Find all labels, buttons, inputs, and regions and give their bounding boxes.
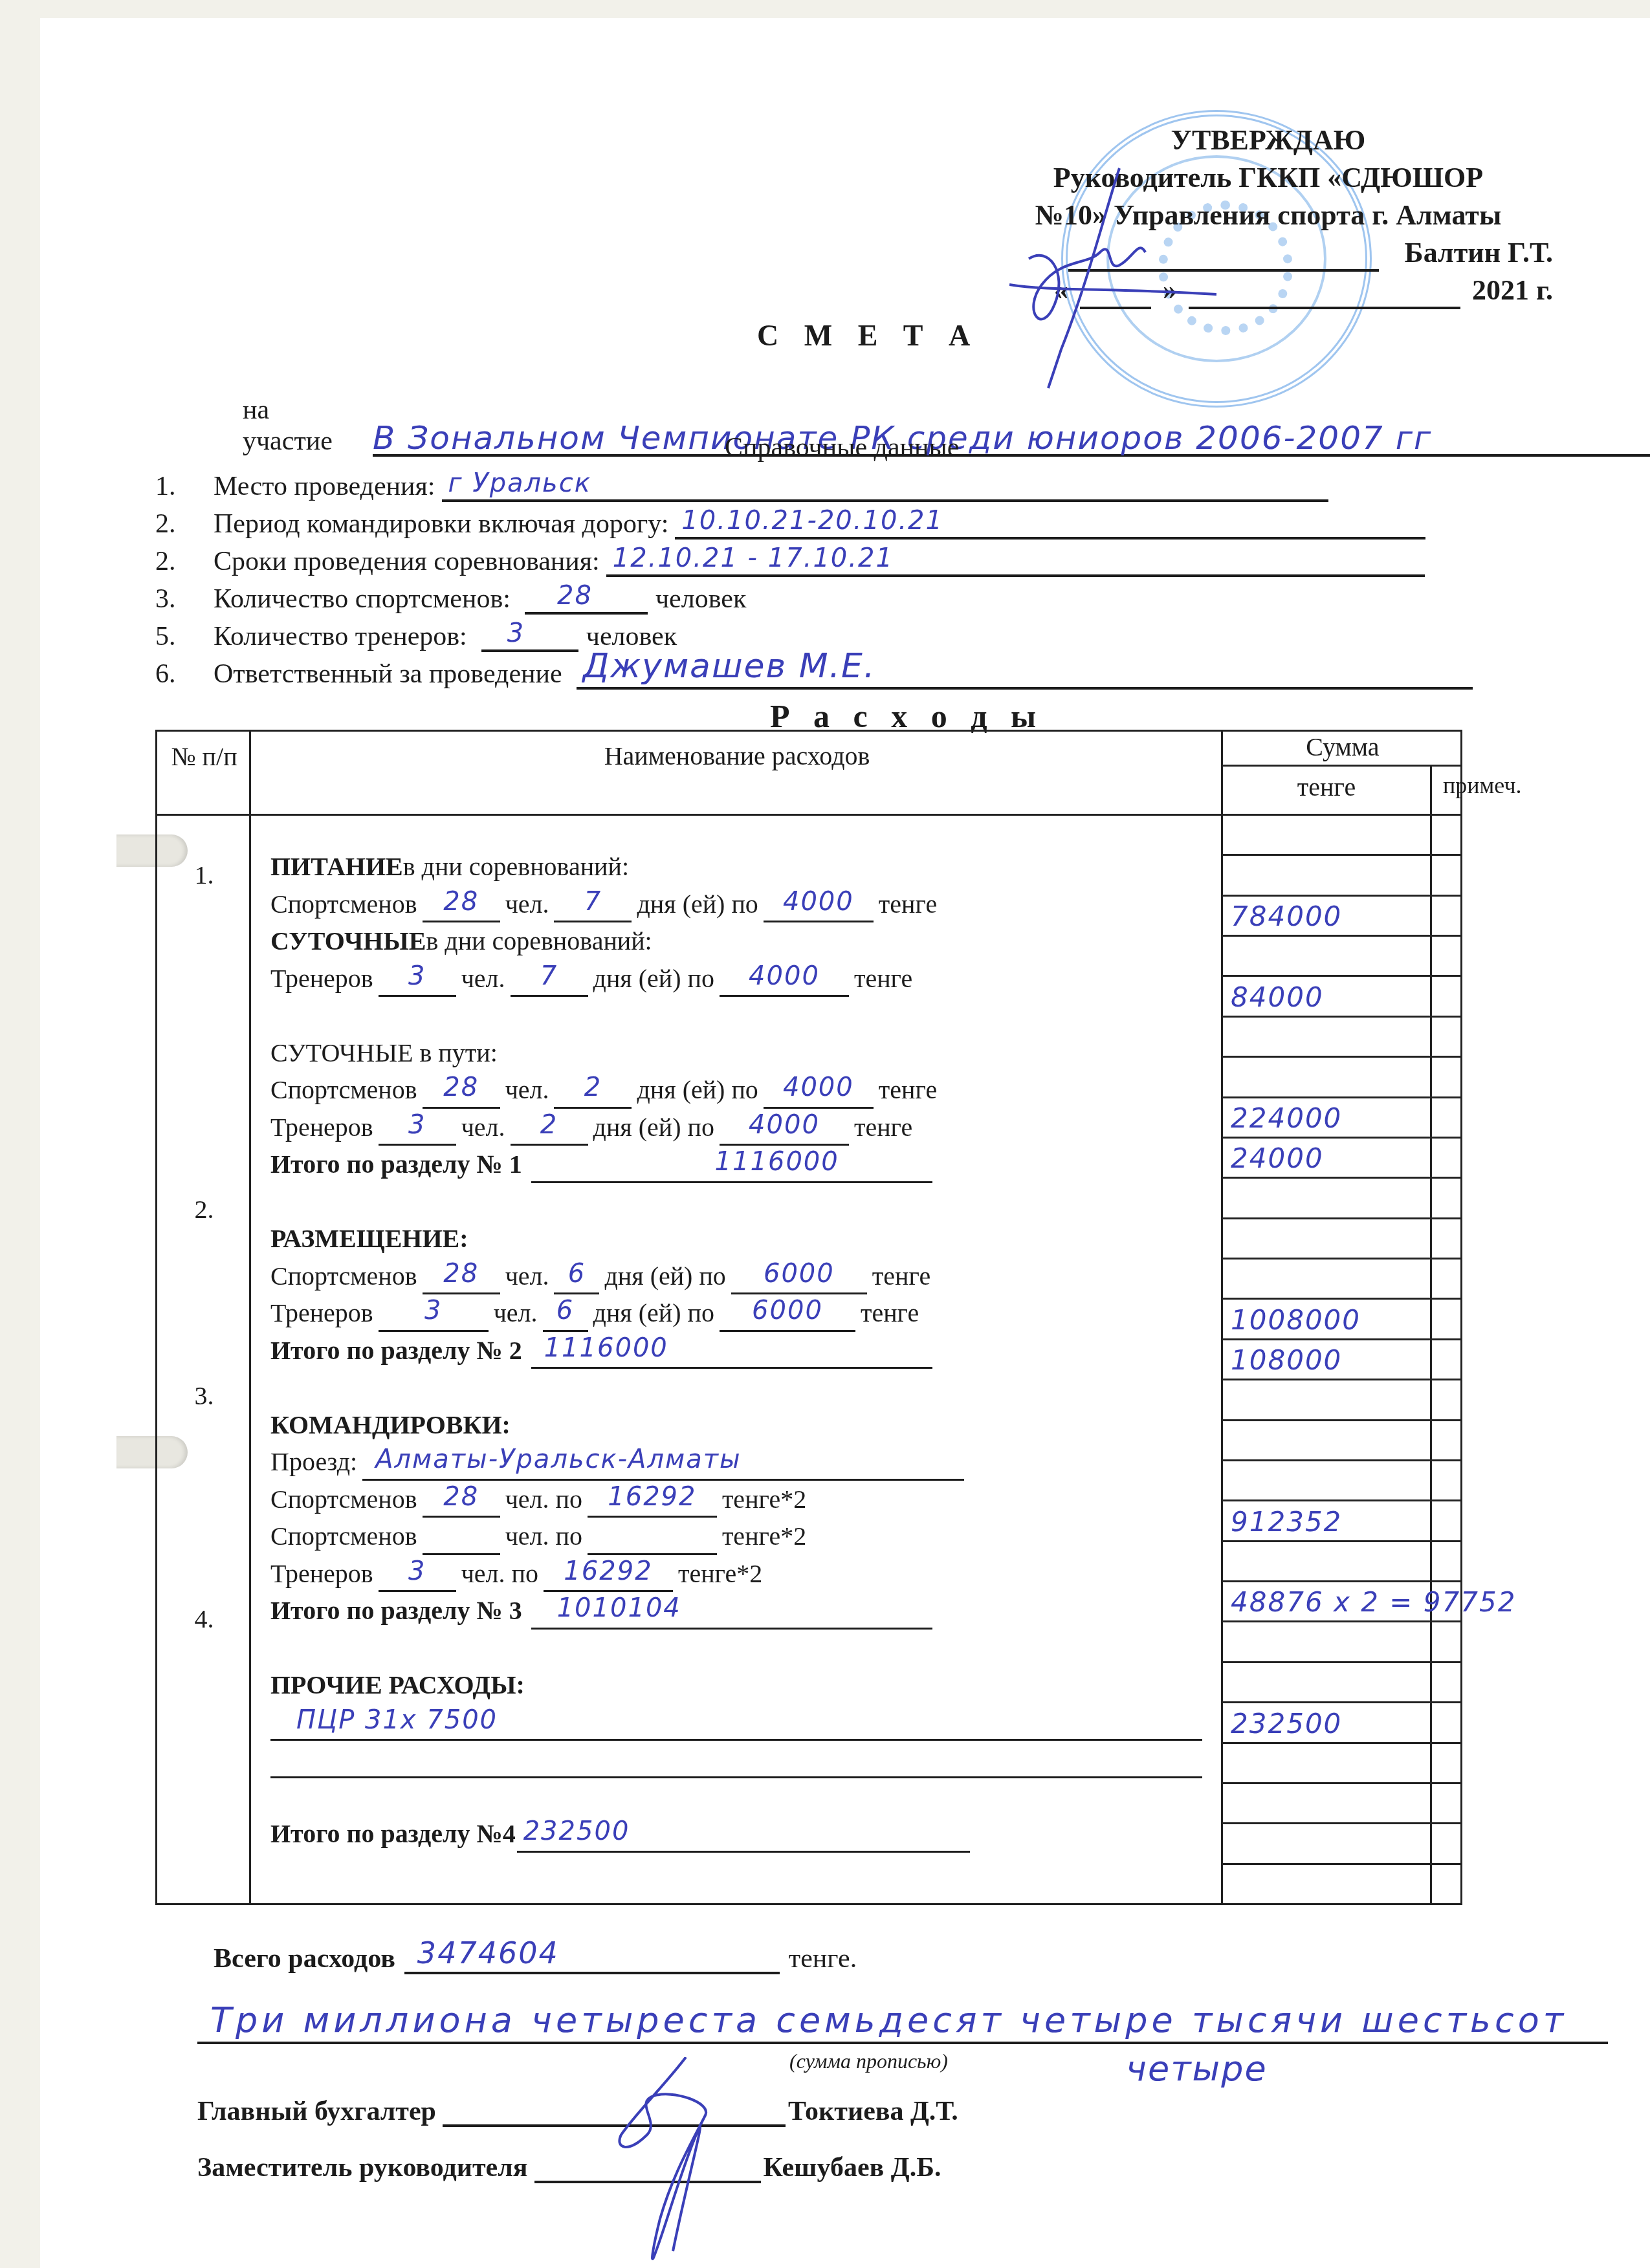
reference-item-competition-dates: 2. Сроки проведения соревнования: 12.10.… xyxy=(155,540,1473,577)
per-diem-travel-athletes-days[interactable]: 2 xyxy=(554,1079,632,1109)
value: ПЦР 31х 7500 xyxy=(270,1702,1202,1739)
by-word: по xyxy=(688,1109,714,1146)
approval-line-1: Руководитель ГККП «СДЮШОР xyxy=(984,159,1553,197)
amount-cell[interactable]: 108000 xyxy=(1223,1340,1462,1380)
value: 4000 xyxy=(720,1107,849,1144)
lodging-coaches-days[interactable]: 6 xyxy=(543,1302,588,1332)
row-number: 4. xyxy=(157,1604,251,1634)
accountant-role: Главный бухгалтер xyxy=(197,2096,436,2127)
value: 4000 xyxy=(764,1069,874,1107)
people-word: чел. xyxy=(505,886,549,923)
other-line-1: ПЦР 31х 7500 xyxy=(270,1704,1202,1741)
line-label: Тренеров xyxy=(270,1109,373,1146)
value: 3 xyxy=(379,1553,456,1591)
travel-athletes-people[interactable]: 28 xyxy=(423,1488,500,1518)
amount-cell[interactable] xyxy=(1223,1744,1462,1784)
by-word: по xyxy=(688,1294,714,1332)
header-sum: Сумма xyxy=(1223,732,1462,767)
travel-athletes-line: Спортсменов 28 чел. по 16292 тенге*2 xyxy=(270,1481,1202,1518)
amount-cell[interactable]: 48876 x 2 = 97752 xyxy=(1223,1582,1462,1622)
line-label: Спортсменов xyxy=(270,1481,417,1518)
section-1-subtotal-line: Итого по разделу № 1 1116000 xyxy=(270,1146,1202,1183)
item-number: 3. xyxy=(155,583,214,615)
value: 2 xyxy=(554,1069,632,1107)
amount-cell[interactable] xyxy=(1223,1018,1462,1058)
row-number: 2. xyxy=(157,1194,251,1225)
row-number: 1. xyxy=(157,860,251,890)
amount-cell[interactable] xyxy=(1223,1622,1462,1663)
lodging-coaches-people[interactable]: 3 xyxy=(379,1302,489,1332)
amount-cell[interactable]: 84000 xyxy=(1223,977,1462,1017)
people-by-word: чел. по xyxy=(505,1518,582,1555)
date-month-blank xyxy=(1189,283,1460,309)
food-title: ПИТАНИЕ в дни соревнований: xyxy=(270,848,1202,886)
accountant-signature-line[interactable] xyxy=(443,2095,786,2127)
total-in-words: Три миллиона четыреста семьдесят четыре … xyxy=(210,2000,1567,2040)
approval-year: 2021 г. xyxy=(1472,272,1553,309)
header-number: № п/п xyxy=(157,741,251,773)
coaches-count-field[interactable]: 3 xyxy=(481,618,578,652)
item-label: Сроки проведения соревнования: xyxy=(214,546,600,577)
coaches-count-value: 3 xyxy=(507,618,525,648)
value: 6000 xyxy=(720,1292,855,1330)
total-label: Всего расходов xyxy=(214,1943,395,1974)
item-number: 6. xyxy=(155,659,214,690)
trip-period-value: 10.10.21-20.10.21 xyxy=(681,506,943,536)
accountant-signoff: Главный бухгалтер Токтиева Д.Т. xyxy=(197,2095,958,2127)
spacer xyxy=(270,1183,1202,1221)
trip-period-field[interactable]: 10.10.21-20.10.21 xyxy=(675,506,1425,540)
responsible-value: Джумашев М.Е. xyxy=(583,647,876,686)
amount-cell[interactable]: 1008000 xyxy=(1223,1300,1462,1340)
per-diem-travel-athletes-rate[interactable]: 4000 xyxy=(764,1079,874,1109)
amount-cell[interactable] xyxy=(1223,1219,1462,1259)
deputy-name: Кешубаев Д.Б. xyxy=(764,2152,941,2183)
deputy-signature-line[interactable] xyxy=(534,2151,761,2183)
amount-value: 24000 xyxy=(1231,1142,1324,1174)
tenge-word: тенге xyxy=(879,886,937,923)
lodging-title-text: РАЗМЕЩЕНИЕ: xyxy=(270,1220,468,1258)
value: 3 xyxy=(379,958,456,996)
amount-cell[interactable] xyxy=(1223,1784,1462,1824)
section-3-subtotal-field[interactable]: 1010104 xyxy=(531,1600,932,1630)
people-word: чел. xyxy=(461,1109,505,1146)
header-separator xyxy=(157,814,1460,816)
reference-item-responsible: 6. Ответственный за проведение Джумашев … xyxy=(155,652,1473,690)
item-suffix: человек xyxy=(655,583,746,615)
amount-value: 232500 xyxy=(1231,1708,1342,1739)
per-diem-travel-athletes-people[interactable]: 28 xyxy=(423,1079,500,1109)
line-label: Спортсменов xyxy=(270,1518,417,1555)
reference-item-athletes: 3. Количество спортсменов: 28 человек xyxy=(155,577,1473,615)
total-in-words-field[interactable]: Три миллиона четыреста семьдесят четыре … xyxy=(197,1992,1608,2044)
item-number: 5. xyxy=(155,621,214,652)
value: 6 xyxy=(543,1292,588,1330)
item-number: 2. xyxy=(155,508,214,540)
amount-cell[interactable] xyxy=(1223,1259,1462,1300)
value: 28 xyxy=(423,1479,500,1516)
per-diem-comp-coaches-people[interactable]: 3 xyxy=(379,967,456,997)
per-diem-travel-athletes-line: Спортсменов 28 чел. 2 дня (ей) по 4000 т… xyxy=(270,1071,1202,1109)
line-label: Спортсменов xyxy=(270,1071,417,1109)
value: 28 xyxy=(423,1256,500,1293)
value: 4000 xyxy=(720,958,849,996)
people-word: чел. xyxy=(461,960,505,998)
deputy-signoff: Заместитель руководителя Кешубаев Д.Б. xyxy=(197,2151,941,2183)
subtotal-label: Итого по разделу № 2 xyxy=(270,1332,522,1369)
amount-value: 1008000 xyxy=(1231,1304,1361,1336)
competition-dates-value: 12.10.21 - 17.10.21 xyxy=(613,543,894,573)
place-field[interactable]: г Уральск xyxy=(442,468,1328,502)
approval-block: УТВЕРЖДАЮ Руководитель ГККП «СДЮШОР №10»… xyxy=(984,122,1553,309)
by-word: по xyxy=(731,1071,758,1109)
other-expense-field-1[interactable]: ПЦР 31х 7500 xyxy=(270,1711,1202,1741)
people-word: чел. xyxy=(505,1071,549,1109)
athletes-count-value: 28 xyxy=(557,581,593,611)
amount-cell[interactable] xyxy=(1223,816,1462,856)
per-diem-travel-title: СУТОЧНЫЕ в пути: xyxy=(270,1034,1202,1072)
spacer xyxy=(270,1630,1202,1667)
item-label: Ответственный за проведение xyxy=(214,659,562,690)
people-by-word: чел. по xyxy=(505,1481,582,1518)
item-number: 1. xyxy=(155,471,214,502)
amount-cell[interactable]: 912352 xyxy=(1223,1501,1462,1542)
other-line-2 xyxy=(270,1741,1202,1778)
line-label: Тренеров xyxy=(270,960,373,998)
value: Алматы-Уральск-Алматы xyxy=(362,1441,964,1479)
approval-heading: УТВЕРЖДАЮ xyxy=(984,122,1553,159)
travel-coaches-line: Тренеров 3 чел. по 16292 тенге*2 xyxy=(270,1555,1202,1593)
per-diem-comp-title: СУТОЧНЫЕ в дни соревнований: xyxy=(270,922,1202,960)
food-athletes-days[interactable]: 7 xyxy=(554,893,632,922)
total-field[interactable]: 3474604 xyxy=(404,1938,780,1974)
amount-cell[interactable]: 24000 xyxy=(1223,1139,1462,1179)
travel-route-field[interactable]: Алматы-Уральск-Алматы xyxy=(362,1451,964,1481)
item-label: Количество спортсменов: xyxy=(214,583,511,615)
competition-dates-field[interactable]: 12.10.21 - 17.10.21 xyxy=(606,543,1425,577)
value: 1116000 xyxy=(531,1330,932,1368)
tenge-x2-word: тенге*2 xyxy=(678,1555,762,1593)
section-4-subtotal-line: Итого по разделу №4 232500 xyxy=(270,1815,1202,1853)
line-label: Спортсменов xyxy=(270,886,417,923)
days-word: дня (ей) xyxy=(593,1109,681,1146)
section-2-subtotal-line: Итого по разделу № 2 1116000 xyxy=(270,1332,1202,1369)
value: 16292 xyxy=(588,1479,717,1516)
amount-value: 224000 xyxy=(1231,1102,1342,1134)
value: 232500 xyxy=(517,1813,970,1851)
approval-signature-line xyxy=(1068,243,1379,272)
value: 2 xyxy=(511,1107,588,1144)
amount-cell[interactable] xyxy=(1223,1179,1462,1219)
item-label: Количество тренеров: xyxy=(214,621,467,652)
section-3-subtotal-line: Итого по разделу № 3 1010104 xyxy=(270,1592,1202,1630)
days-word: дня (ей) xyxy=(593,960,681,998)
per-diem-travel-coaches-rate[interactable]: 4000 xyxy=(720,1116,849,1146)
tenge-word: тенге xyxy=(879,1071,937,1109)
amount-value: 784000 xyxy=(1231,900,1342,932)
per-diem-title-rest: в дни соревнований: xyxy=(426,922,652,960)
header-name: Наименование расходов xyxy=(251,741,1223,771)
value: 28 xyxy=(423,884,500,921)
lodging-athletes-rate[interactable]: 6000 xyxy=(731,1265,867,1294)
people-word: чел. xyxy=(494,1294,538,1332)
travel-athletes-extra-rate[interactable] xyxy=(588,1525,717,1555)
quote-close: » xyxy=(1163,272,1177,309)
tenge-x2-word: тенге*2 xyxy=(722,1481,806,1518)
spacer xyxy=(270,997,1202,1034)
lodging-title: РАЗМЕЩЕНИЕ: xyxy=(270,1220,1202,1258)
amount-value: 48876 x 2 = 97752 xyxy=(1231,1586,1516,1618)
people-by-word: чел. по xyxy=(461,1555,538,1593)
subtotal-label: Итого по разделу №4 xyxy=(270,1815,516,1853)
spacer xyxy=(270,1369,1202,1406)
travel-title-text: КОМАНДИРОВКИ: xyxy=(270,1406,511,1444)
total-currency: тенге. xyxy=(789,1943,857,1974)
amount-value: 912352 xyxy=(1231,1506,1342,1538)
participation-label: на участие xyxy=(243,395,364,457)
reference-heading: Справочные данные xyxy=(725,432,959,463)
participation-value-field[interactable]: В Зональном Чемпионате РК среди юниоров … xyxy=(373,419,1650,457)
value: 3 xyxy=(379,1107,456,1144)
other-expense-field-2[interactable] xyxy=(270,1749,1202,1778)
deputy-role: Заместитель руководителя xyxy=(197,2152,528,2183)
number-column: № п/п 1. 2. 3. 4. xyxy=(157,732,251,1903)
document-title: С М Е Т А xyxy=(757,318,979,353)
per-diem-title-bold: СУТОЧНЫЕ xyxy=(270,922,426,960)
subtotal-label: Итого по разделу № 3 xyxy=(270,1592,522,1630)
per-diem-travel-coaches-line: Тренеров 3 чел. 2 дня (ей) по 4000 тенге xyxy=(270,1109,1202,1146)
food-athletes-rate[interactable]: 4000 xyxy=(764,893,874,922)
tenge-x2-word: тенге*2 xyxy=(722,1518,806,1555)
section-4-subtotal-field[interactable]: 232500 xyxy=(517,1823,970,1853)
amount-cell[interactable]: 232500 xyxy=(1223,1703,1462,1743)
header-note: примеч. xyxy=(1430,772,1462,799)
lodging-athletes-line: Спортсменов 28 чел. 6 дня (ей) по 6000 т… xyxy=(270,1258,1202,1295)
value: 1116000 xyxy=(531,1144,932,1181)
food-athletes-line: Спортсменов 28 чел. 7 дня (ей) по 4000 т… xyxy=(270,886,1202,923)
by-word: по xyxy=(699,1258,725,1295)
total-in-words-continuation: четыре xyxy=(1126,2048,1268,2089)
amount-cell[interactable]: 224000 xyxy=(1223,1098,1462,1139)
value: 28 xyxy=(423,1069,500,1107)
accountant-name: Токтиева Д.Т. xyxy=(788,2096,958,2127)
value: 16292 xyxy=(544,1553,673,1591)
amount-cell[interactable] xyxy=(1223,1824,1462,1864)
item-label: Период командировки включая дорогу: xyxy=(214,508,668,540)
food-title-rest: в дни соревнований: xyxy=(403,848,629,886)
value: 4000 xyxy=(764,884,874,921)
lodging-coaches-rate[interactable]: 6000 xyxy=(720,1302,855,1332)
lodging-coaches-line: Тренеров 3 чел. 6 дня (ей) по 6000 тенге xyxy=(270,1294,1202,1332)
athletes-count-field[interactable]: 28 xyxy=(525,581,648,615)
responsible-field[interactable]: Джумашев М.Е. xyxy=(577,656,1473,690)
lodging-athletes-days[interactable]: 6 xyxy=(554,1265,599,1294)
spacer xyxy=(270,1778,1202,1816)
travel-title: КОМАНДИРОВКИ: xyxy=(270,1406,1202,1444)
travel-coaches-rate[interactable]: 16292 xyxy=(544,1562,673,1592)
section-1-subtotal-field[interactable]: 1116000 xyxy=(531,1153,932,1183)
line-label: Тренеров xyxy=(270,1294,373,1332)
other-title: ПРОЧИЕ РАСХОДЫ: xyxy=(270,1666,1202,1704)
per-diem-comp-coaches-rate[interactable]: 4000 xyxy=(720,967,849,997)
value: 3 xyxy=(379,1292,489,1330)
amount-cell[interactable] xyxy=(1223,1380,1462,1421)
per-diem-comp-coaches-days[interactable]: 7 xyxy=(511,967,588,997)
value: 6000 xyxy=(731,1256,867,1293)
value: 6 xyxy=(554,1256,599,1293)
tenge-word: тенге xyxy=(861,1294,919,1332)
amount-cell[interactable] xyxy=(1223,1542,1462,1582)
reference-item-place: 1. Место проведения: г Уральск xyxy=(155,464,1473,502)
row-number: 3. xyxy=(157,1380,251,1411)
days-word: дня (ей) xyxy=(637,1071,725,1109)
value: 7 xyxy=(554,884,632,921)
amount-cell[interactable] xyxy=(1223,1461,1462,1501)
total-row: Всего расходов 3474604 тенге. xyxy=(214,1938,857,1974)
travel-coaches-people[interactable]: 3 xyxy=(379,1562,456,1592)
by-word: по xyxy=(731,886,758,923)
total-in-words-caption: (сумма прописью) xyxy=(789,2049,948,2073)
subtotal-label: Итого по разделу № 1 xyxy=(270,1146,522,1183)
days-word: дня (ей) xyxy=(604,1258,692,1295)
expense-items: ПИТАНИЕ в дни соревнований: Спортсменов … xyxy=(270,848,1202,1853)
reference-list: 1. Место проведения: г Уральск 2. Период… xyxy=(155,464,1473,690)
approval-signatory: Балтин Г.Т. xyxy=(1405,234,1553,272)
tenge-word: тенге xyxy=(854,960,912,998)
amount-cell[interactable] xyxy=(1223,1865,1462,1905)
travel-athletes-extra-line: Спортсменов чел. по тенге*2 xyxy=(270,1518,1202,1555)
sum-column: Сумма тенге примеч. 78400084000224000240… xyxy=(1223,732,1462,1903)
total-value: 3474604 xyxy=(417,1935,559,1970)
by-word: по xyxy=(688,960,714,998)
line-label: Спортсменов xyxy=(270,1258,417,1295)
amount-cell[interactable] xyxy=(1223,1058,1462,1098)
quote-open: « xyxy=(1054,272,1068,309)
lodging-athletes-people[interactable]: 28 xyxy=(423,1265,500,1294)
days-word: дня (ей) xyxy=(593,1294,681,1332)
days-word: дня (ей) xyxy=(637,886,725,923)
per-diem-travel-coaches-people[interactable]: 3 xyxy=(379,1116,456,1146)
reference-item-trip-period: 2. Период командировки включая дорогу: 1… xyxy=(155,502,1473,540)
amount-cell[interactable]: 784000 xyxy=(1223,897,1462,937)
per-diem-comp-coaches-line: Тренеров 3 чел. 7 дня (ей) по 4000 тенге xyxy=(270,960,1202,998)
food-athletes-people[interactable]: 28 xyxy=(423,893,500,922)
people-word: чел. xyxy=(505,1258,549,1295)
expenses-table: № п/п 1. 2. 3. 4. Наименование расходов … xyxy=(155,730,1462,1905)
amount-cell[interactable] xyxy=(1223,856,1462,896)
value: 7 xyxy=(511,958,588,996)
amount-value: 84000 xyxy=(1231,981,1324,1013)
line-label: Тренеров xyxy=(270,1555,373,1593)
item-label: Место проведения: xyxy=(214,471,435,502)
approval-signature-row: Балтин Г.Т. xyxy=(984,234,1553,272)
tenge-word: тенге xyxy=(872,1258,930,1295)
travel-route-line: Проезд: Алматы-Уральск-Алматы xyxy=(270,1443,1202,1481)
route-label: Проезд: xyxy=(270,1443,357,1481)
other-title-text: ПРОЧИЕ РАСХОДЫ: xyxy=(270,1666,525,1704)
place-value: г Уральск xyxy=(448,468,591,498)
item-number: 2. xyxy=(155,546,214,577)
amount-cell[interactable] xyxy=(1223,937,1462,977)
tenge-word: тенге xyxy=(854,1109,912,1146)
food-title-bold: ПИТАНИЕ xyxy=(270,848,403,886)
approval-date-row: « » 2021 г. xyxy=(984,272,1553,309)
approval-line-2: №10» Управления спорта г. Алматы xyxy=(984,197,1553,234)
section-2-subtotal-field[interactable]: 1116000 xyxy=(531,1339,932,1369)
date-day-blank xyxy=(1080,283,1151,309)
value: 1010104 xyxy=(531,1590,932,1628)
amount-cell[interactable] xyxy=(1223,1421,1462,1461)
name-column: Наименование расходов ПИТАНИЕ в дни соре… xyxy=(251,732,1223,1903)
travel-athletes-rate[interactable]: 16292 xyxy=(588,1488,717,1518)
amount-cell[interactable] xyxy=(1223,1663,1462,1703)
per-diem-travel-coaches-days[interactable]: 2 xyxy=(511,1116,588,1146)
travel-athletes-extra-people[interactable] xyxy=(423,1525,500,1555)
amount-value: 108000 xyxy=(1231,1344,1342,1376)
header-tenge: тенге xyxy=(1223,772,1430,802)
